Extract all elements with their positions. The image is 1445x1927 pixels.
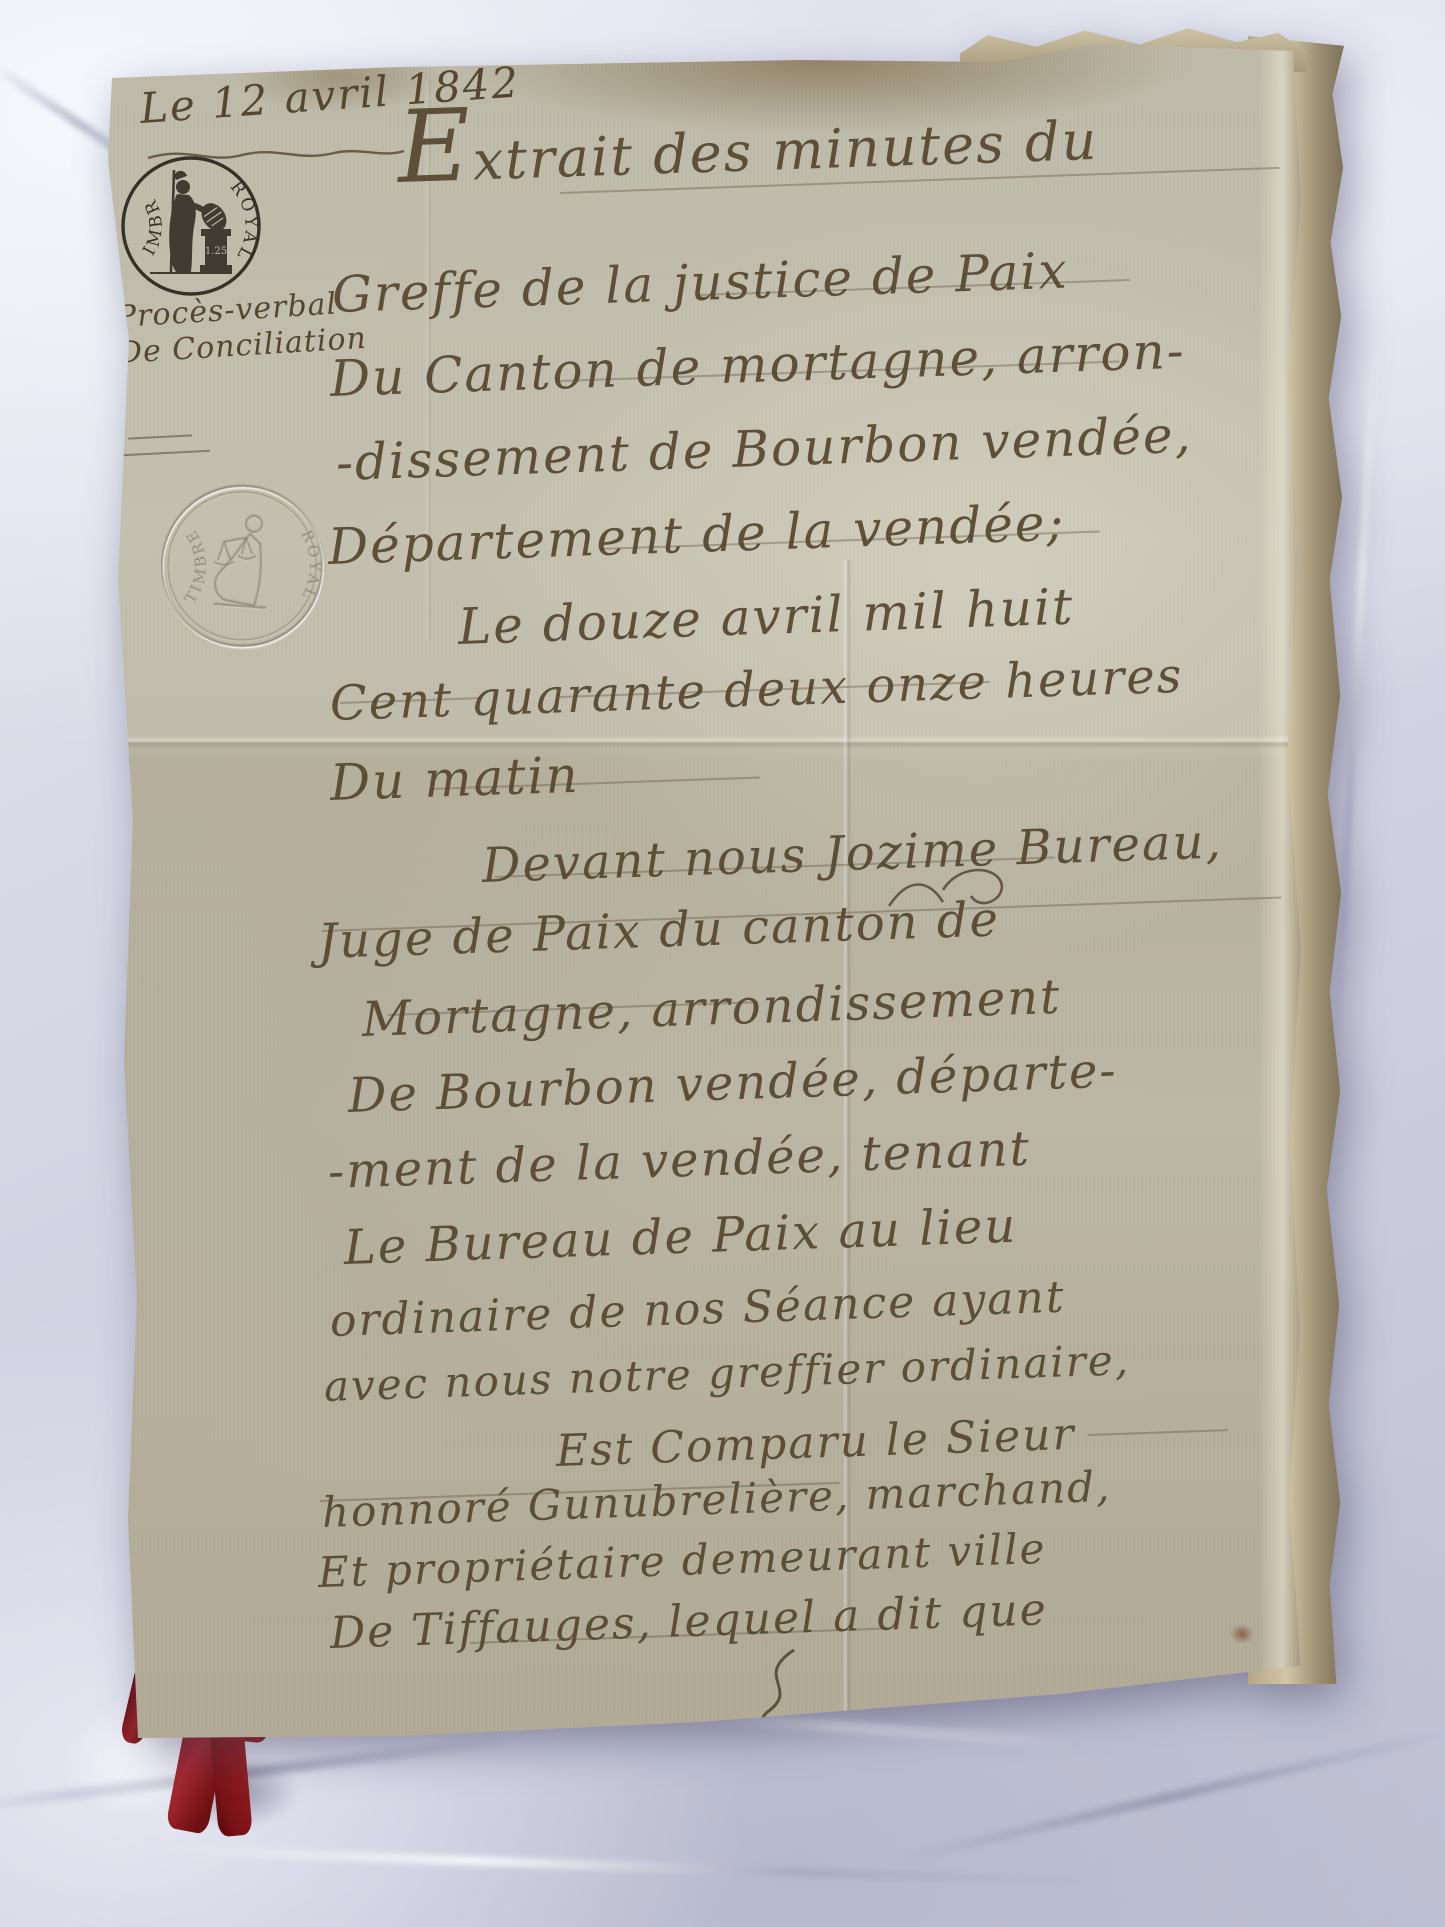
seal-arc-right-text: ROYAL	[297, 528, 323, 605]
seal-arc-left-text: TIMBRE	[181, 525, 210, 607]
document-shadow-wrap: Le 12 avril 1842 TIMBRE ROYAL.	[0, 0, 1445, 1927]
svg-text:TIMBRE: TIMBRE	[181, 525, 210, 607]
manuscript-line: Et propriétaire demeurant ville	[317, 1524, 1047, 1597]
manuscript-line: Du matin	[329, 746, 580, 812]
guide-line	[1088, 1429, 1228, 1436]
manuscript-line: Devant nous Jozime Bureau,	[481, 813, 1223, 894]
manuscript-line: De Bourbon vendée, départe-	[347, 1042, 1118, 1123]
helmet-plume	[175, 171, 187, 180]
photo-of-manuscript: Le 12 avril 1842 TIMBRE ROYAL.	[0, 0, 1445, 1927]
seal-ring	[162, 486, 322, 646]
pedestal: 1.25	[200, 229, 232, 272]
manuscript-line: -ment de la vendée, tenant	[327, 1121, 1032, 1200]
svg-text:ROYAL: ROYAL	[297, 528, 323, 605]
document-page: Le 12 avril 1842 TIMBRE ROYAL.	[0, 0, 1445, 1927]
margin-dash	[122, 450, 210, 457]
stamp-denomination: 1.25	[205, 246, 227, 257]
seal-base	[214, 604, 266, 608]
embossed-seal: TIMBRE ROYAL	[150, 478, 334, 658]
manuscript-line: Greffe de la justice de Paix	[331, 242, 1069, 324]
pen-flourish	[885, 860, 1035, 920]
manuscript-line: Le douze avril mil huit	[457, 578, 1075, 656]
seal-seated-figure	[214, 516, 266, 608]
margin-dash	[128, 434, 192, 439]
fold-crease	[120, 735, 1295, 749]
manuscript-line: Département de la vendée;	[327, 494, 1066, 576]
timbre-royal-stamp: TIMBRE ROYAL.	[116, 150, 266, 302]
stain	[1230, 1624, 1254, 1644]
scales-beam	[224, 538, 246, 542]
manuscript-line: -dissement de Bourbon vendée,	[335, 406, 1193, 492]
closing-flourish	[732, 1648, 816, 1798]
manuscript-line: ordinaire de nos Séance ayant	[329, 1272, 1066, 1347]
manuscript-line: Extrait des minutes du	[397, 109, 1099, 195]
manuscript-line: De Tiffauges, lequel a dit que	[329, 1584, 1048, 1659]
manuscript-line: Cent quarante deux onze heures	[329, 648, 1184, 732]
manuscript-line: avec nous notre greffier ordinaire,	[323, 1335, 1131, 1411]
manuscript-line: Du Canton de mortagne, arron-	[329, 322, 1186, 408]
manuscript-line: Mortagne, arrondissement	[361, 969, 1062, 1048]
manuscript-line: Le Bureau de Paix au lieu	[343, 1198, 1018, 1276]
figure-head	[176, 180, 190, 194]
